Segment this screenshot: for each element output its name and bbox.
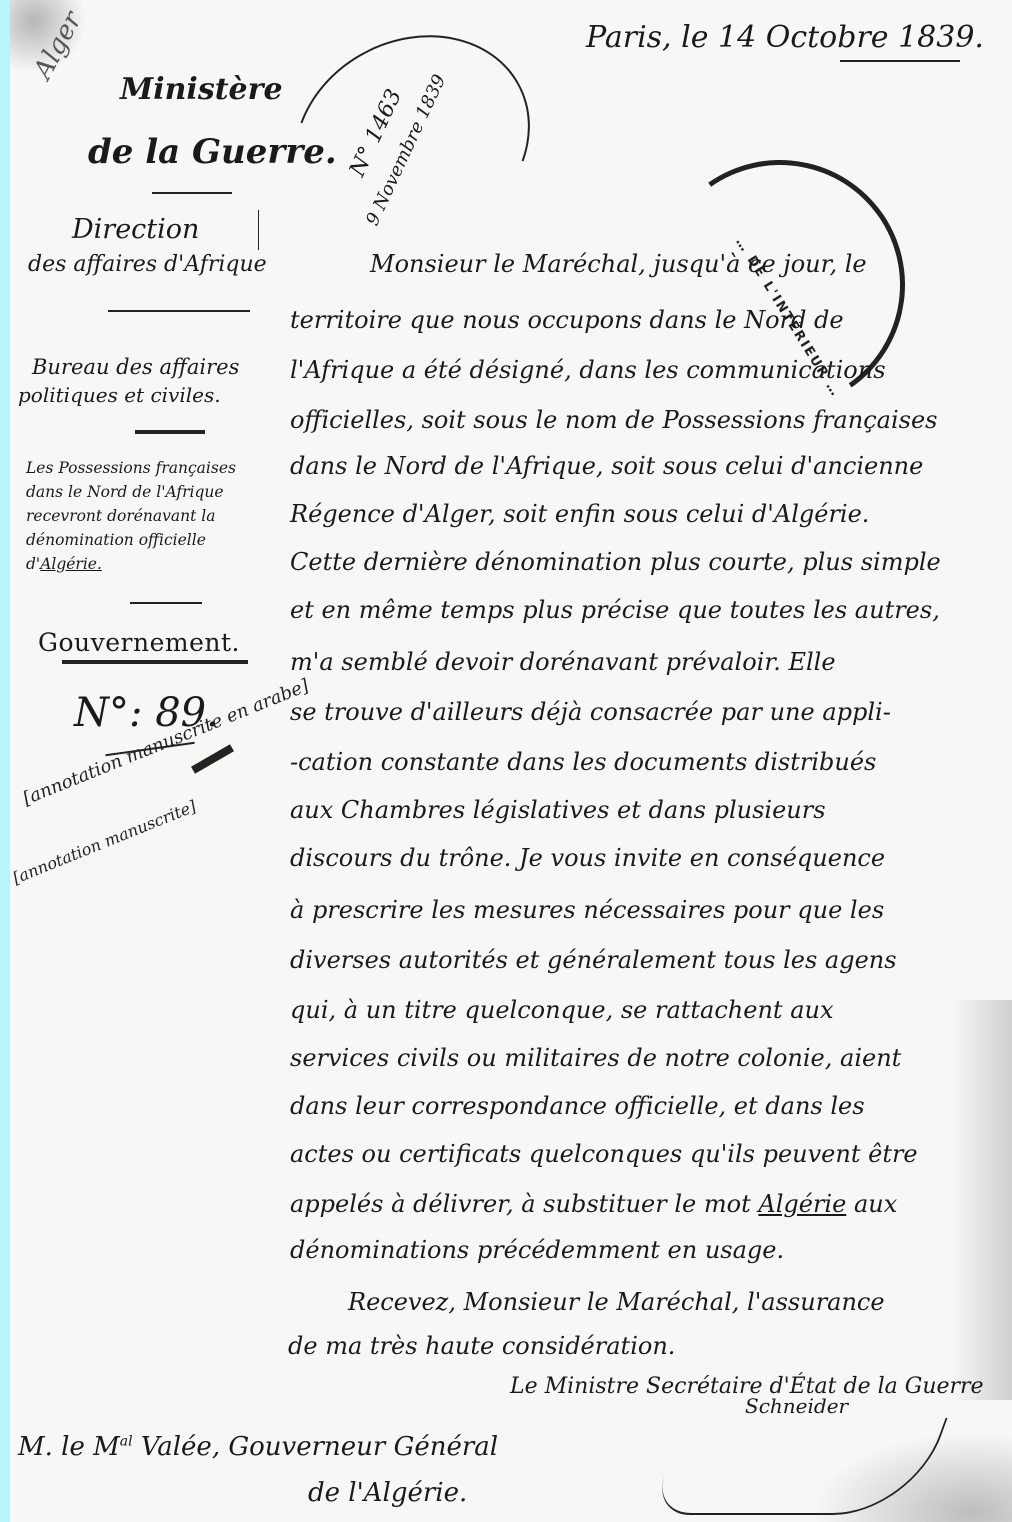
direction-line1: Direction — [72, 214, 199, 245]
body-line: services civils ou militaires de notre c… — [290, 1044, 901, 1072]
closing-line1: Recevez, Monsieur le Maréchal, l'assuran… — [348, 1288, 885, 1316]
body-line: et en même temps plus précise que toutes… — [290, 596, 940, 624]
body-line: dénominations précédemment en usage. — [290, 1236, 784, 1264]
divider — [62, 660, 248, 664]
body-line: territoire que nous occupons dans le Nor… — [290, 306, 844, 334]
body-line: se trouve d'ailleurs déjà consacrée par … — [290, 698, 891, 726]
date-underline — [840, 60, 960, 62]
scan-shadow — [952, 1000, 1012, 1400]
body-line: qui, à un titre quelconque, se rattachen… — [290, 996, 834, 1024]
body-line: m'a semblé devoir dorénavant prévaloir. … — [290, 648, 836, 676]
direction-line2: des affaires d'Afrique — [28, 252, 267, 277]
scan-edge-strip — [0, 0, 10, 1522]
summary-line: Les Possessions françaises — [26, 456, 236, 480]
addressee-line1: M. le Mal Valée, Gouverneur Général — [18, 1432, 498, 1462]
bureau-line2: politiques et civiles. — [18, 383, 221, 407]
divider — [135, 430, 205, 434]
margin-mark — [258, 210, 259, 250]
government-label: Gouvernement. — [38, 628, 240, 657]
closing-line2: de ma très haute considération. — [288, 1332, 675, 1360]
divider — [130, 602, 202, 604]
body-line: à prescrire les mesures nécessaires pour… — [290, 896, 884, 924]
body-line: diverses autorités et généralement tous … — [290, 946, 897, 974]
body-line: actes ou certificats quelconques qu'ils … — [290, 1140, 918, 1168]
dateline: Paris, le 14 Octobre 1839. — [586, 20, 984, 55]
body-line: aux Chambres législatives et dans plusie… — [290, 796, 826, 824]
underlined-word: Algérie. — [40, 555, 102, 573]
bureau-line1: Bureau des affaires — [32, 355, 239, 379]
summary-line: dans le Nord de l'Afrique — [26, 480, 236, 504]
body-line: Régence d'Alger, soit enfin sous celui d… — [290, 500, 869, 528]
summary-line: dénomination officielle — [26, 528, 236, 552]
ministry-title-line1: Ministère — [120, 72, 283, 107]
body-line: Cette dernière dénomination plus courte,… — [290, 548, 941, 576]
summary-line: recevront dorénavant la — [26, 504, 236, 528]
divider — [108, 310, 250, 312]
summary-line: d'Algérie. — [26, 552, 236, 576]
addressee-line2: de l'Algérie. — [308, 1478, 467, 1508]
underlined-word: Algérie — [758, 1190, 846, 1218]
margin-summary: Les Possessions françaises dans le Nord … — [26, 456, 236, 576]
signature: Schneider — [745, 1394, 848, 1418]
body-line: -cation constante dans les documents dis… — [290, 748, 876, 776]
body-line: dans le Nord de l'Afrique, soit sous cel… — [290, 452, 923, 480]
body-line: officielles, soit sous le nom de Possess… — [290, 406, 937, 434]
body-line: discours du trône. Je vous invite en con… — [290, 844, 885, 872]
body-line: l'Afrique a été désigné, dans les commun… — [290, 356, 886, 384]
divider — [152, 192, 232, 194]
body-line: Monsieur le Maréchal, jusqu'à ce jour, l… — [370, 250, 867, 278]
body-line: appelés à délivrer, à substituer le mot … — [290, 1190, 897, 1218]
body-line: dans leur correspondance officielle, et … — [290, 1092, 865, 1120]
